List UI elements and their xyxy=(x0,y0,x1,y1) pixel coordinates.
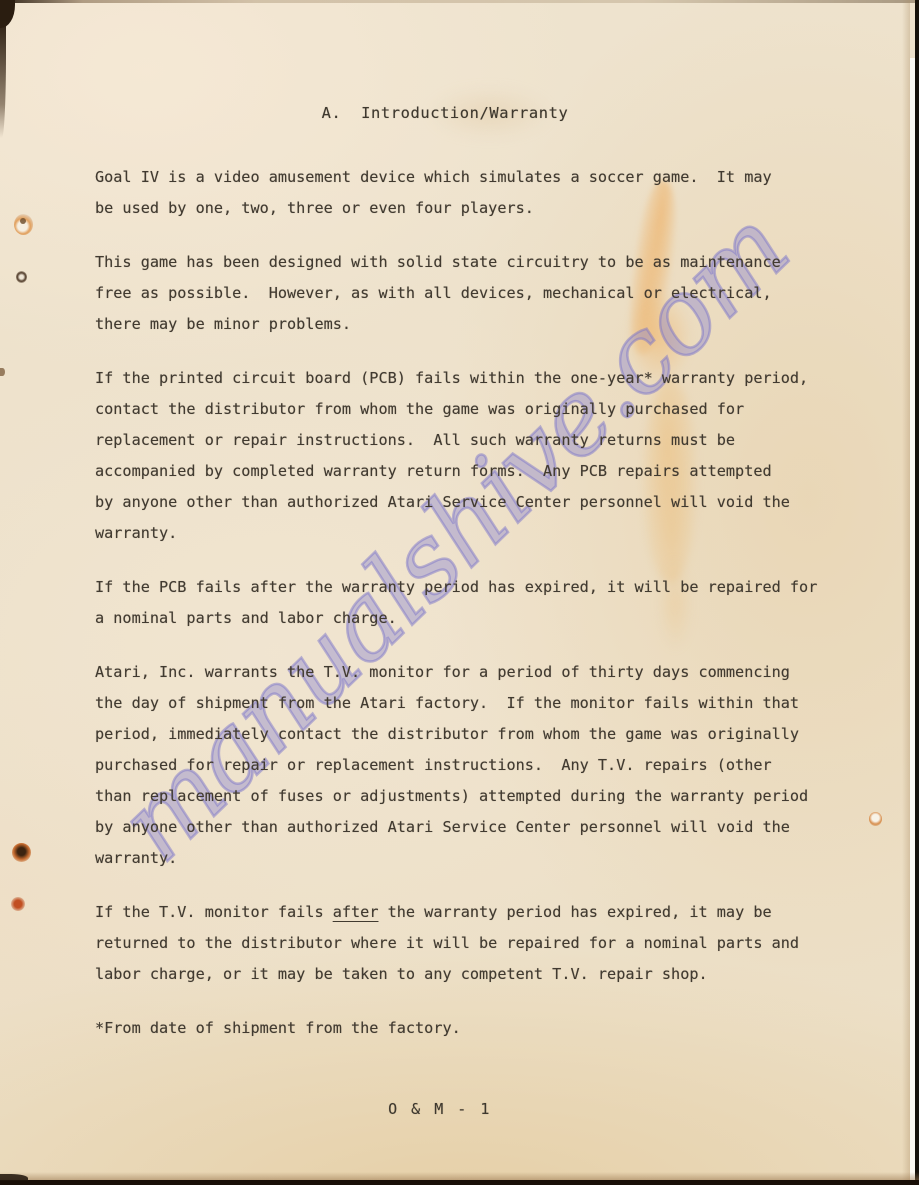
punch-hole xyxy=(869,812,882,826)
paragraph: *From date of shipment from the factory. xyxy=(95,1013,817,1044)
punch-hole xyxy=(14,214,33,235)
text-line: returned to the distributor where it wil… xyxy=(95,928,817,959)
text-line: replacement or repair instructions. All … xyxy=(95,425,817,456)
text-line: Goal IV is a video amusement device whic… xyxy=(95,162,817,193)
scan-edge-right-shadow xyxy=(902,0,910,1185)
scan-edge-top xyxy=(0,0,919,3)
paragraph: Goal IV is a video amusement device whic… xyxy=(95,162,817,224)
page-number: O & M - 1 xyxy=(0,1100,880,1118)
scan-edge-corner-top-left xyxy=(0,0,15,28)
paragraph: This game has been designed with solid s… xyxy=(95,247,817,340)
text-line: the day of shipment from the Atari facto… xyxy=(95,688,817,719)
text-line: by anyone other than authorized Atari Se… xyxy=(95,487,817,518)
text-line: This game has been designed with solid s… xyxy=(95,247,817,278)
paragraph: If the PCB fails after the warranty peri… xyxy=(95,572,817,634)
text-line: purchased for repair or replacement inst… xyxy=(95,750,817,781)
text-line: there may be minor problems. xyxy=(95,309,817,340)
scan-edge-bottom xyxy=(0,1180,919,1185)
scanned-manual-page: manualshive.com A. Introduction/Warranty… xyxy=(0,0,919,1185)
punch-hole xyxy=(11,897,25,911)
text-line: warranty. xyxy=(95,843,817,874)
scan-edge-right-gap xyxy=(910,58,915,1185)
scan-edge-right xyxy=(915,0,919,1185)
document-body: Goal IV is a video amusement device whic… xyxy=(95,162,817,1044)
paragraph: If the printed circuit board (PCB) fails… xyxy=(95,363,817,549)
text-line: free as possible. However, as with all d… xyxy=(95,278,817,309)
text-line: If the printed circuit board (PCB) fails… xyxy=(95,363,817,394)
punch-hole-speck xyxy=(20,218,26,224)
page-title: A. Introduction/Warranty xyxy=(0,104,890,122)
text-line: *From date of shipment from the factory. xyxy=(95,1013,817,1044)
scan-edge-bottom-shadow xyxy=(0,1172,919,1180)
text-line: labor charge, or it may be taken to any … xyxy=(95,959,817,990)
text-line: by anyone other than authorized Atari Se… xyxy=(95,812,817,843)
punch-hole xyxy=(12,843,31,862)
punch-hole xyxy=(16,271,27,283)
text-line: accompanied by completed warranty return… xyxy=(95,456,817,487)
text-line: period, immediately contact the distribu… xyxy=(95,719,817,750)
paper-speck xyxy=(0,368,5,376)
paragraph: Atari, Inc. warrants the T.V. monitor fo… xyxy=(95,657,817,874)
text-line: a nominal parts and labor charge. xyxy=(95,603,817,634)
text-line: contact the distributor from whom the ga… xyxy=(95,394,817,425)
text-line: than replacement of fuses or adjustments… xyxy=(95,781,817,812)
text-line: Atari, Inc. warrants the T.V. monitor fo… xyxy=(95,657,817,688)
text-line: be used by one, two, three or even four … xyxy=(95,193,817,224)
text-line: If the PCB fails after the warranty peri… xyxy=(95,572,817,603)
scan-edge-corner-bottom-left xyxy=(0,1174,28,1181)
paragraph: If the T.V. monitor fails after the warr… xyxy=(95,897,817,990)
text-line: If the T.V. monitor fails after the warr… xyxy=(95,897,817,928)
text-line: warranty. xyxy=(95,518,817,549)
